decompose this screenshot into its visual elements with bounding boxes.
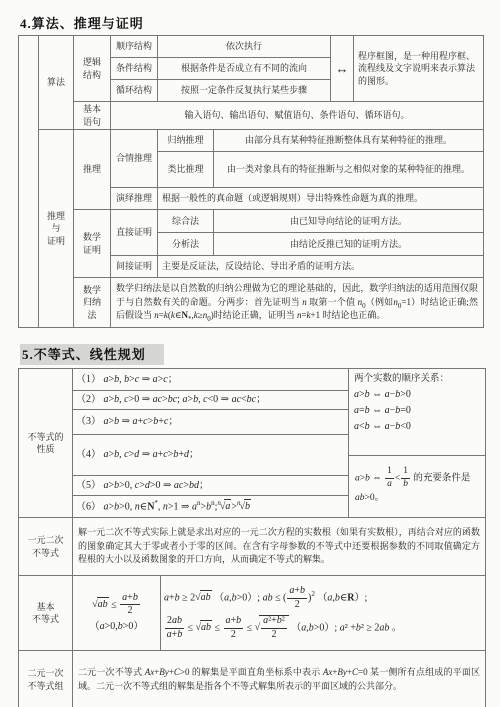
t1-cell-guina-desc: 由部分具有某种特征推断整体具有某种特征的推理。 <box>214 130 484 152</box>
t2-cell-jiben-left: √ab ≤ a+b2 （a>0,b>0） <box>73 576 161 651</box>
t1-cell-xunhuan-desc: 按照一定条件反复执行某些步骤 <box>158 80 331 102</box>
t2-cell-eryuan-desc: 二元一次不等式 Ax+By+C>0 的解集是平面直角坐标系中表示 Ax+By+C… <box>73 651 486 707</box>
t1-label-zonghe-fa: 综合法 <box>158 210 214 233</box>
t2-cell-property-5: （5） a>b>0, c>d>0 ⇒ ac>bd； <box>73 476 349 496</box>
t2-label-jiben-budengshi: 基本 不等式 <box>19 576 73 651</box>
order-relation-2: a=b ⇔ a−b=0 <box>354 403 480 419</box>
t2-cell-property-4: （4） a>b, c>d ⇒ a+c>b+d； <box>73 435 349 476</box>
t1-label-guina-tuili: 归纳推理 <box>158 130 214 152</box>
t2-cell-sufficient-condition: a>b ⇔ 1a<1b 的充要条件是 ab>0。 <box>349 456 486 518</box>
t1-cell-kuangtu-desc: 程序框图，是一种用程序框、流程线及文字说明来表示算法的图形。 <box>354 36 484 102</box>
t1-cell-jiben-desc: 输入语句、输出语句、赋值语句、条件语句、循环语句。 <box>111 102 484 130</box>
t2-cell-order-relation: 两个实数的顺序关系： a>b ⇔ a−b>0 a=b ⇔ a−b=0 a<b ⇔… <box>349 369 486 456</box>
t1-label-shuxue-zhengming: 数学 证明 <box>74 210 111 278</box>
t2-label-xingzhi: 不等式的 性质 <box>19 369 73 518</box>
document-page: 4.算法、推理与证明 算法 逻辑 结构 顺序结构 依次执行 ↔ 程序框图，是一种… <box>0 0 500 707</box>
t1-cell-guinafa-desc: 数学归纳法是以自然数的归纳公理做为它的理论基础的，因此，数学归纳法的适用范围仅限… <box>111 278 484 328</box>
t1-label-heqing-tuili: 合情推理 <box>111 130 158 188</box>
t1-label-shuxue-guinafa: 数学 归纳 法 <box>74 278 111 328</box>
t1-label-tuili: 推理 <box>74 130 111 210</box>
t1-cell-jianjie-desc: 主要是反证法，反设结论、导出矛盾的证明方法。 <box>158 256 484 278</box>
order-relation-title: 两个实数的顺序关系： <box>354 372 480 387</box>
t1-label-leibi-tuili: 类比推理 <box>158 152 214 188</box>
t1-cell-leibi-desc: 由一类对象具有的特征推断与之相似对象的某种特征的推理。 <box>214 152 484 188</box>
jiben-left-formula: √ab ≤ a+b2 <box>76 593 157 617</box>
t2-cell-yiyuan-desc: 解一元二次不等式实际上就是求出对应的一元二次方程的实数根（如果有实数根），再结合… <box>73 518 486 576</box>
t1-label-fenxi-fa: 分析法 <box>158 233 214 256</box>
t1-cell-shunxu-desc: 依次执行 <box>158 36 331 58</box>
t2-cell-jiben-right: a+b ≥ 2√ab （a,b>0）; ab ≤ (a+b2)2 （a,b∈R）… <box>161 576 486 651</box>
order-relation-1: a>b ⇔ a−b>0 <box>354 387 480 403</box>
t1-cell-yanyi-desc: 根据一般性的真命题（或逻辑规则）导出特殊性命题为真的推理。 <box>158 188 484 210</box>
jiben-right-formula-1: a+b ≥ 2√ab （a,b>0）; ab ≤ (a+b2)2 （a,b∈R）… <box>164 586 482 610</box>
order-relation-3: a<b ⇔ a−b<0 <box>354 419 480 435</box>
t1-label-suanfa: 算法 <box>39 36 74 130</box>
t2-cell-property-2: （2） a>b, c>0 ⇒ ac>bc; a>b, c<0 ⇒ ac<bc； <box>73 391 349 410</box>
double-arrow-icon: ↔ <box>331 36 354 102</box>
section5-title-wrap: 5.不等式、线性规划 <box>20 344 500 365</box>
t1-cell-fenxi-desc: 由结论反推已知的证明方法。 <box>214 233 484 256</box>
t1-margin-cell <box>19 36 39 328</box>
t1-label-jianjie-zhengming: 间接证明 <box>111 256 158 278</box>
t1-label-tuili-zhengming: 推理 与 证明 <box>39 130 74 328</box>
t1-cell-zonghe-desc: 由已知导向结论的证明方法。 <box>214 210 484 233</box>
t1-label-luoji-jiegou: 逻辑 结构 <box>74 36 111 102</box>
t2-cell-property-1: （1） a>b, b>c ⇒ a>c； <box>73 369 349 391</box>
section5-title: 5.不等式、线性规划 <box>20 344 164 365</box>
section4-table: 算法 逻辑 结构 顺序结构 依次执行 ↔ 程序框图，是一种用程序框、流程线及文字… <box>18 35 484 328</box>
t1-label-jiben-yuju: 基本 语句 <box>74 102 111 130</box>
t1-label-zhijie-zhengming: 直接证明 <box>111 210 158 256</box>
t2-label-yiyuan: 一元二次 不等式 <box>19 518 73 576</box>
t1-label-xunhuan-jiegou: 循环结构 <box>111 80 158 102</box>
t1-label-yanyi-tuili: 演绎推理 <box>111 188 158 210</box>
t2-cell-property-3: （3） a>b ⇒ a+c>b+c； <box>73 410 349 435</box>
section5-table: 不等式的 性质 （1） a>b, b>c ⇒ a>c； 两个实数的顺序关系： a… <box>18 368 486 707</box>
t1-label-tiaojian-jiegou: 条件结构 <box>111 58 158 80</box>
t1-cell-tiaojian-desc: 根据条件是否成立有不同的流向 <box>158 58 331 80</box>
t1-label-shunxu-jiegou: 顺序结构 <box>111 36 158 58</box>
jiben-right-formula-2: 2aba+b ≤ √ab ≤ a+b2 ≤ √a²+b²2 （a,b>0）; a… <box>164 615 482 640</box>
section4-title: 4.算法、推理与证明 <box>20 0 500 32</box>
t2-cell-property-6: （6） a>b>0, n∈N*, n>1 ⇒ an>bn;n√a>n√b <box>73 496 349 518</box>
jiben-left-condition: （a>0,b>0） <box>76 620 157 634</box>
t2-label-eryuan: 二元一次 不等式组 <box>19 651 73 707</box>
